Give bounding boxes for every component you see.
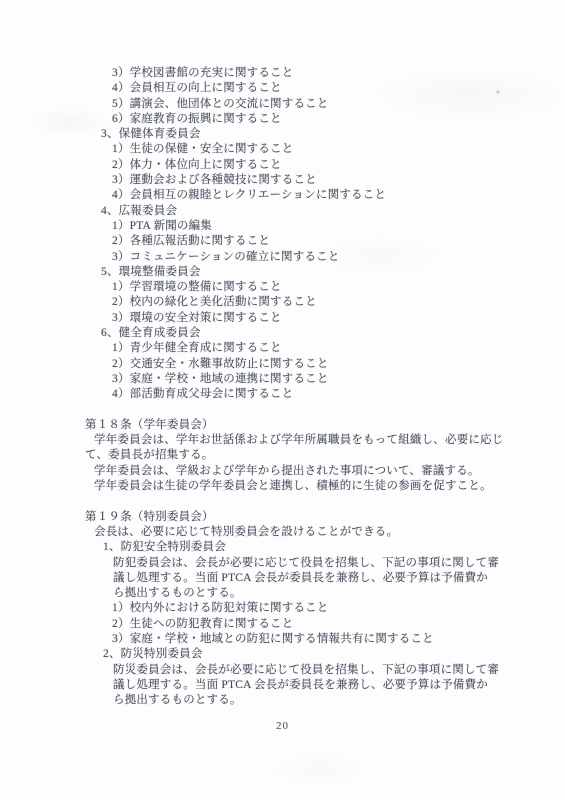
scanned-document-page: 3）学校図書館の充実に関すること4）会員相互の向上に関すること5）講演会、他団体… bbox=[0, 0, 565, 800]
text-line: 1）校内外における防犯対策に関すること bbox=[85, 601, 545, 616]
text-line: 3）家庭・学校・地域との防犯に関する情報共有に関すること bbox=[85, 632, 545, 647]
text-line: 6、健全育成委員会 bbox=[85, 326, 545, 341]
text-line: て、委員長が招集する。 bbox=[85, 448, 545, 463]
text-line: 4）会員相互の向上に関すること bbox=[85, 81, 545, 96]
text-line: 6）家庭教育の振興に関すること bbox=[85, 112, 545, 127]
page-number: 20 bbox=[0, 720, 565, 732]
text-line: 会長は、必要に応じて特別委員会を設けることができる。 bbox=[85, 525, 545, 540]
text-line: 2）生徒への防犯教育に関すること bbox=[85, 617, 545, 632]
text-line: 4、広報委員会 bbox=[85, 204, 545, 219]
document-body: 3）学校図書館の充実に関すること4）会員相互の向上に関すること5）講演会、他団体… bbox=[85, 66, 545, 708]
text-line: 学年委員会は生徒の学年委員会と連携し、積極的に生徒の参画を促すこと。 bbox=[85, 479, 545, 494]
text-line: 1）学習環境の整備に関すること bbox=[85, 280, 545, 295]
text-line: 議し処理する。当面 PTCA 会長が委員長を兼務し、必要予算は予備費か bbox=[85, 678, 545, 693]
text-line: 3、保健体育委員会 bbox=[85, 127, 545, 142]
text-line: 2）体力・体位向上に関すること bbox=[85, 158, 545, 173]
text-line: 議し処理する。当面 PTCA 会長が委員長を兼務し、必要予算は予備費か bbox=[85, 571, 545, 586]
text-line: 1）PTA 新聞の編集 bbox=[85, 219, 545, 234]
text-line: 2）校内の緑化と美化活動に関すること bbox=[85, 295, 545, 310]
text-line: 3）環境の安全対策に関すること bbox=[85, 311, 545, 326]
text-line: 3）学校図書館の充実に関すること bbox=[85, 66, 545, 81]
text-line: 学年委員会は、学級および学年から提出された事項について、審議する。 bbox=[85, 464, 545, 479]
text-line: 第１８条（学年委員会） bbox=[85, 418, 545, 433]
text-line: 学年委員会は、学年お世話係および学年所属職員をもって組織し、必要に応じ bbox=[85, 433, 545, 448]
text-line: ら拠出するものとする。 bbox=[85, 586, 545, 601]
text-line: 防災委員会は、会長が必要に応じて役員を招集し、下記の事項に関して審 bbox=[85, 663, 545, 678]
text-line: 1、防犯安全特別委員会 bbox=[85, 540, 545, 555]
text-line: 第１９条（特別委員会） bbox=[85, 510, 545, 525]
text-line: 5、環境整備委員会 bbox=[85, 265, 545, 280]
text-line: 2）交通安全・水難事故防止に関すること bbox=[85, 357, 545, 372]
text-line: 4）会員相互の親睦とレクリエーションに関すること bbox=[85, 188, 545, 203]
text-line: 3）家庭・学校・地域の連携に関すること bbox=[85, 372, 545, 387]
text-line: 1）生徒の保健・安全に関すること bbox=[85, 142, 545, 157]
text-line: 5）講演会、他団体との交流に関すること bbox=[85, 97, 545, 112]
text-line: 2、防災特別委員会 bbox=[85, 647, 545, 662]
text-line: ら拠出するものとする。 bbox=[85, 693, 545, 708]
scan-speck bbox=[496, 89, 500, 95]
text-line: 1）青少年健全育成に関すること bbox=[85, 341, 545, 356]
text-line: 2）各種広報活動に関すること bbox=[85, 234, 545, 249]
text-line: 3）運動会および各種競技に関すること bbox=[85, 173, 545, 188]
text-line: 4）部活動育成父母会に関すること bbox=[85, 387, 545, 402]
text-line: 防犯委員会は、会長が必要に応じて役員を招集し、下記の事項に関して審 bbox=[85, 556, 545, 571]
text-line: 3）コミュニケーションの確立に関すること bbox=[85, 250, 545, 265]
